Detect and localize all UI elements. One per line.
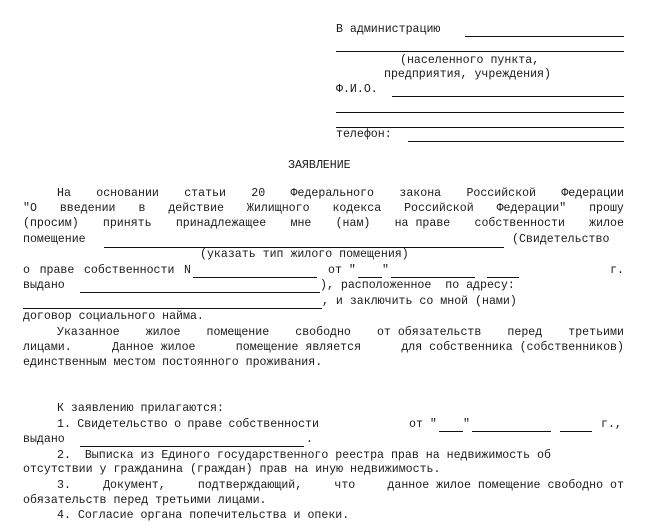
- p1-line5-words: оправесобственностиN: [23, 264, 191, 278]
- certificate-day-field[interactable]: [358, 277, 382, 278]
- attachment-1-quote: ": [463, 418, 470, 432]
- attachment-3-line2: обязательств перед третьими лицами.: [23, 494, 267, 508]
- attachment-4: 4. Согласие органа попечительства и опек…: [57, 509, 349, 523]
- attachment-1-line1: 1.Свидетельствооправесобственности: [57, 418, 319, 432]
- year-suffix: г.: [528, 264, 624, 278]
- administration-field-line2[interactable]: [336, 51, 624, 52]
- attachment-2-line1: 2. Выписка из Единого государственного р…: [57, 449, 551, 463]
- issued-label: выдано: [23, 279, 65, 293]
- fio-field-line2[interactable]: [336, 112, 624, 113]
- p1-line1: Наоснованиистатьи20ФедеральногозаконаРос…: [57, 187, 624, 201]
- p2-line3: единственным местом постоянного проживан…: [23, 356, 322, 370]
- p1-line2: "ОвведениивдействиеЖилищногокодексаРосси…: [23, 202, 624, 216]
- org-caption-line2: предприятия, учреждения): [384, 68, 551, 82]
- administration-field[interactable]: [465, 36, 624, 37]
- attachment-1-year-suffix: г.,: [601, 418, 622, 432]
- certificate-month-field[interactable]: [391, 277, 475, 278]
- attachment-1-issued-field[interactable]: [80, 446, 304, 447]
- premises-type-caption: (указать тип жилого помещения): [200, 248, 409, 262]
- document-title: ЗАЯВЛЕНИЕ: [288, 159, 351, 173]
- located-at-label: ), расположенное по адресу:: [320, 279, 515, 293]
- attachment-1-month-field[interactable]: [472, 431, 551, 432]
- phone-label: телефон:: [336, 128, 392, 142]
- p1-line8: договор социального найма.: [23, 310, 204, 324]
- premises-label: помещение: [23, 233, 86, 247]
- fio-label: Ф.И.О.: [336, 83, 378, 97]
- attachment-1-from: от ": [409, 418, 437, 432]
- fio-field[interactable]: [392, 96, 624, 97]
- conclude-label: , и заключить со мной (нами): [322, 295, 517, 309]
- phone-field[interactable]: [408, 141, 624, 142]
- p2-line1: Указанноежилоепомещениесвободноот обязат…: [57, 326, 624, 340]
- certificate-year-field[interactable]: [487, 277, 519, 278]
- attachment-1-issued-label: выдано: [23, 433, 65, 447]
- to-administration-label: В администрацию: [336, 23, 440, 37]
- certificate-label: (Свидетельство: [512, 233, 609, 247]
- address-field[interactable]: [23, 308, 322, 309]
- attachment-3-line1: 3.Документ,подтверждающий,чтоданное жило…: [57, 479, 624, 493]
- quote-close: ": [382, 264, 389, 278]
- certificate-number-field[interactable]: [193, 277, 317, 278]
- attachment-1-year-field[interactable]: [560, 431, 592, 432]
- from-label: от ": [328, 264, 356, 278]
- issued-by-field[interactable]: [80, 292, 320, 293]
- attachment-1-day-field[interactable]: [439, 431, 463, 432]
- p2-line2: лицами.Данное жилоепомещение являетсядля…: [23, 341, 624, 355]
- attachment-2-line2: отсутствии у гражданина (граждан) прав н…: [23, 463, 440, 477]
- attachment-1-end: .: [306, 433, 313, 447]
- p1-line3: (просим)принятьпринадлежащеемне(нам)на п…: [23, 217, 624, 231]
- attachments-heading: К заявлению прилагаются:: [57, 402, 224, 416]
- org-caption-line1: (населенного пункта,: [400, 54, 539, 68]
